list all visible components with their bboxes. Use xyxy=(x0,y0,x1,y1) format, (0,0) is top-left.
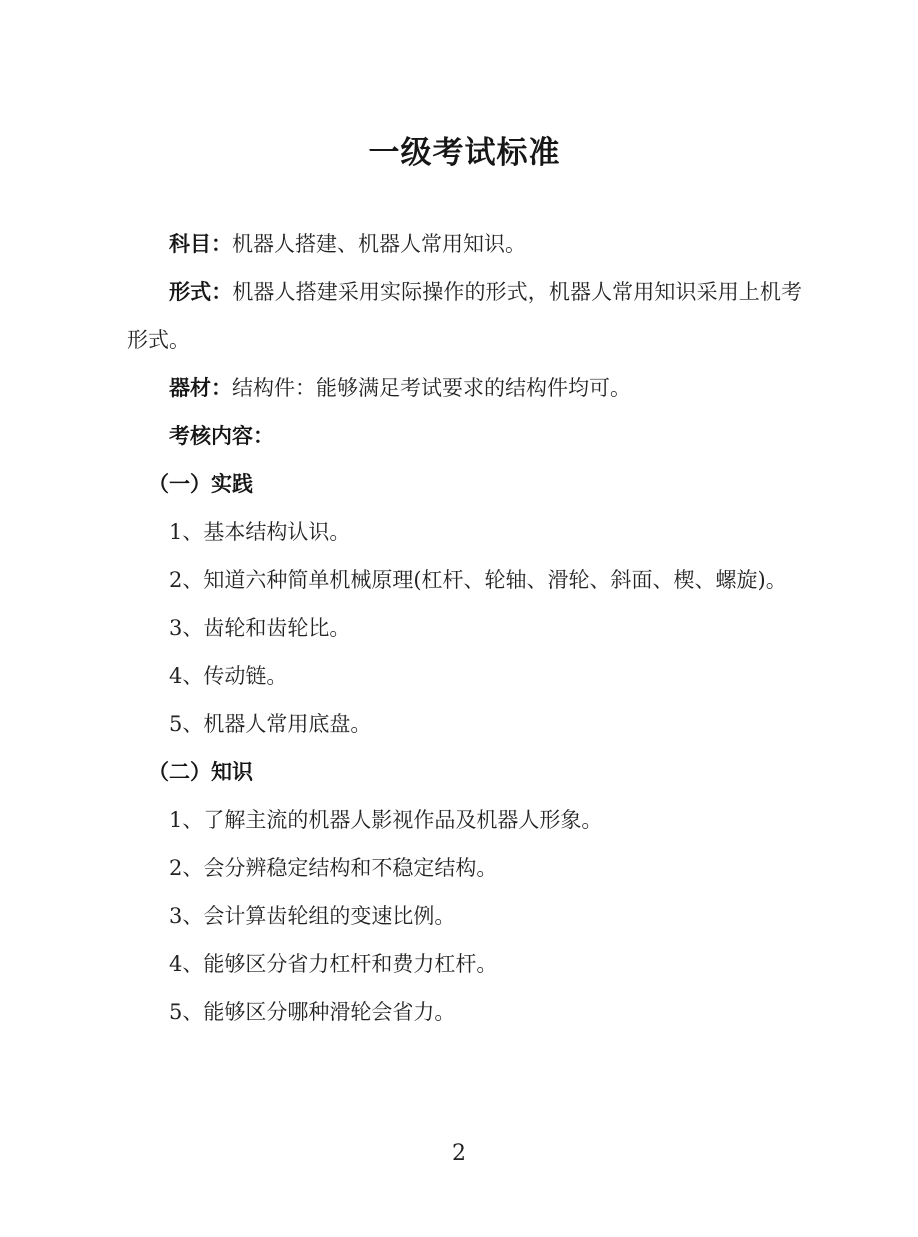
assessment-content-heading: 考核内容： xyxy=(127,412,802,460)
section-knowledge-heading: （二）知识 xyxy=(127,748,802,796)
knowledge-item-5: 5、能够区分哪种滑轮会省力。 xyxy=(127,988,802,1036)
para-subject-text: 机器人搭建、机器人常用知识。 xyxy=(232,232,526,256)
document-body: 一级考试标准 科目：机器人搭建、机器人常用知识。 形式：机器人搭建采用实际操作的… xyxy=(127,0,802,1036)
practice-item-1: 1、基本结构认识。 xyxy=(127,508,802,556)
knowledge-item-2: 2、会分辨稳定结构和不稳定结构。 xyxy=(127,844,802,892)
knowledge-item-3: 3、会计算齿轮组的变速比例。 xyxy=(127,892,802,940)
para-equipment-label: 器材： xyxy=(169,375,232,400)
knowledge-item-1: 1、了解主流的机器人影视作品及机器人形象。 xyxy=(127,796,802,844)
practice-item-4: 4、传动链。 xyxy=(127,652,802,700)
document-title: 一级考试标准 xyxy=(127,135,802,171)
practice-item-5: 5、机器人常用底盘。 xyxy=(127,700,802,748)
para-equipment-text: 结构件：能够满足考试要求的结构件均可。 xyxy=(232,376,631,400)
knowledge-item-4: 4、能够区分省力杠杆和费力杠杆。 xyxy=(127,940,802,988)
section-practice-heading: （一）实践 xyxy=(127,460,802,508)
practice-item-2: 2、知道六种简单机械原理(杠杆、轮轴、滑轮、斜面、楔、螺旋)。 xyxy=(127,556,802,604)
para-subject-label: 科目： xyxy=(169,231,232,256)
para-subject: 科目：机器人搭建、机器人常用知识。 xyxy=(127,220,802,268)
document-page: 一级考试标准 科目：机器人搭建、机器人常用知识。 形式：机器人搭建采用实际操作的… xyxy=(0,0,918,1237)
page-number: 2 xyxy=(0,1141,918,1167)
para-format-label: 形式： xyxy=(169,279,232,304)
para-format: 形式：机器人搭建采用实际操作的形式，机器人常用知识采用上机考形式。 xyxy=(127,268,802,364)
para-equipment: 器材：结构件：能够满足考试要求的结构件均可。 xyxy=(127,364,802,412)
practice-item-3: 3、齿轮和齿轮比。 xyxy=(127,604,802,652)
